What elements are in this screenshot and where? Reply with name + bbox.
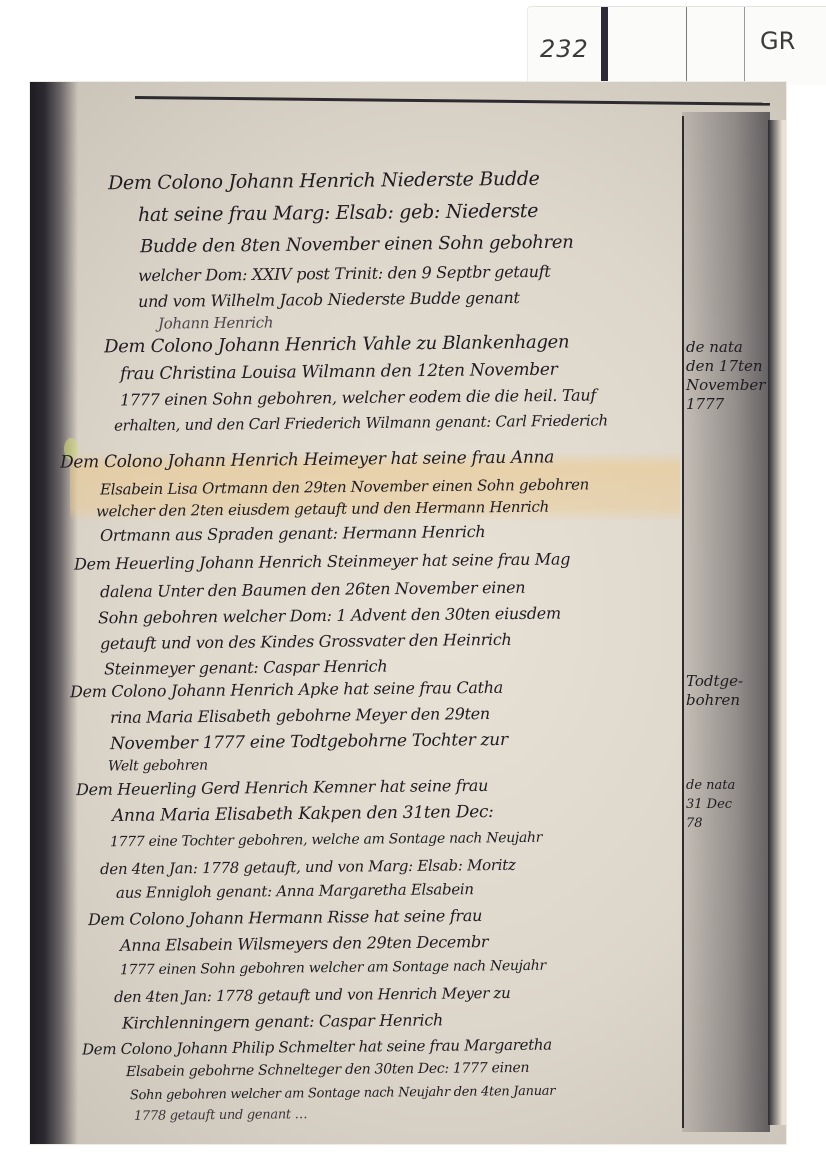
entry-line: Elsabein Lisa Ortmann den 29ten November… <box>100 475 589 498</box>
entry-line: hat seine frau Marg: Elsab: geb: Nieders… <box>138 200 538 226</box>
entry-line: welcher Dom: XXIV post Trinit: den 9 Sep… <box>138 262 551 285</box>
entry-line: Dem Colono Johann Philip Schmelter hat s… <box>82 1036 552 1059</box>
entry-line: getauft und von des Kindes Grossvater de… <box>100 630 512 653</box>
record-code: GR <box>760 27 795 55</box>
entry-line: 1777 eine Tochter gebohren, welche am So… <box>110 830 542 851</box>
entry-line: Johann Henrich <box>158 313 273 332</box>
entry-line: Dem Heuerling Gerd Henrich Kemner hat se… <box>76 776 488 799</box>
register-entries: Dem Colono Johann Henrich Niederste Budd… <box>30 82 786 1144</box>
entry-line: 1777 einen Sohn gebohren, welcher eodem … <box>120 386 596 410</box>
archive-label-card: 232 GR <box>527 6 826 85</box>
entry-line: Budde den 8ten November einen Sohn geboh… <box>140 232 574 258</box>
entry-line: 1777 einen Sohn gebohren welcher am Sont… <box>120 958 546 978</box>
margin-note: Todtge- bohren <box>686 672 766 710</box>
entry-line: den 4ten Jan: 1778 getauft, und von Marg… <box>100 856 516 878</box>
record-number: 232 <box>540 35 589 63</box>
label-divider-line <box>744 7 745 85</box>
entry-line: Kirchlenningern genant: Caspar Henrich <box>122 1010 443 1032</box>
entry-line: erhalten, und den Carl Friederich Wilman… <box>114 411 608 434</box>
entry-line: Anna Elsabein Wilsmeyers den 29ten Decem… <box>120 932 488 955</box>
entry-line: Welt gebohren <box>108 757 208 774</box>
entry-line: Sohn gebohren welcher am Sontage nach Ne… <box>130 1084 555 1103</box>
entry-line: Dem Colono Johann Henrich Apke hat seine… <box>70 678 503 702</box>
label-divider-bar <box>601 7 608 85</box>
entry-line: Anna Maria Elisabeth Kakpen den 31ten De… <box>112 802 494 826</box>
scanned-register-page: Dem Colono Johann Henrich Niederste Budd… <box>30 82 786 1144</box>
entry-line: Dem Colono Johann Henrich Vahle zu Blank… <box>104 332 569 358</box>
margin-note: de nata den 17ten November 1777 <box>686 338 766 414</box>
entry-line: Dem Colono Johann Henrich Heimeyer hat s… <box>60 447 554 472</box>
entry-line: dalena Unter den Baumen den 26ten Novemb… <box>100 578 525 601</box>
entry-line: Dem Colono Johann Hermann Risse hat sein… <box>88 906 482 929</box>
entry-line: aus Ennigloh genant: Anna Margaretha Els… <box>116 880 474 902</box>
entry-line: Elsabein gebohrne Schnelteger den 30ten … <box>126 1060 529 1080</box>
entry-line: welcher den 2ten eiusdem getauft und den… <box>96 498 549 521</box>
entry-line: rina Maria Elisabeth gebohrne Meyer den … <box>110 704 490 727</box>
entry-line: Dem Colono Johann Henrich Niederste Budd… <box>108 168 540 195</box>
entry-line: Ortmann aus Spraden genant: Hermann Henr… <box>100 522 486 545</box>
margin-note: de nata 31 Dec 78 <box>686 776 766 833</box>
entry-line: Dem Heuerling Johann Henrich Steinmeyer … <box>74 549 570 573</box>
entry-line: Steinmeyer genant: Caspar Henrich <box>104 657 387 679</box>
entry-line: und vom Wilhelm Jacob Niederste Budde ge… <box>138 288 520 311</box>
entry-line: frau Christina Louisa Wilmann den 12ten … <box>120 360 558 385</box>
entry-line: 1778 getauft und genant … <box>134 1107 307 1124</box>
entry-line: November 1777 eine Todtgebohrne Tochter … <box>110 730 508 754</box>
label-divider-line <box>686 7 687 85</box>
entry-line: Sohn gebohren welcher Dom: 1 Advent den … <box>98 604 561 628</box>
entry-line: den 4ten Jan: 1778 getauft und von Henri… <box>114 984 511 1006</box>
